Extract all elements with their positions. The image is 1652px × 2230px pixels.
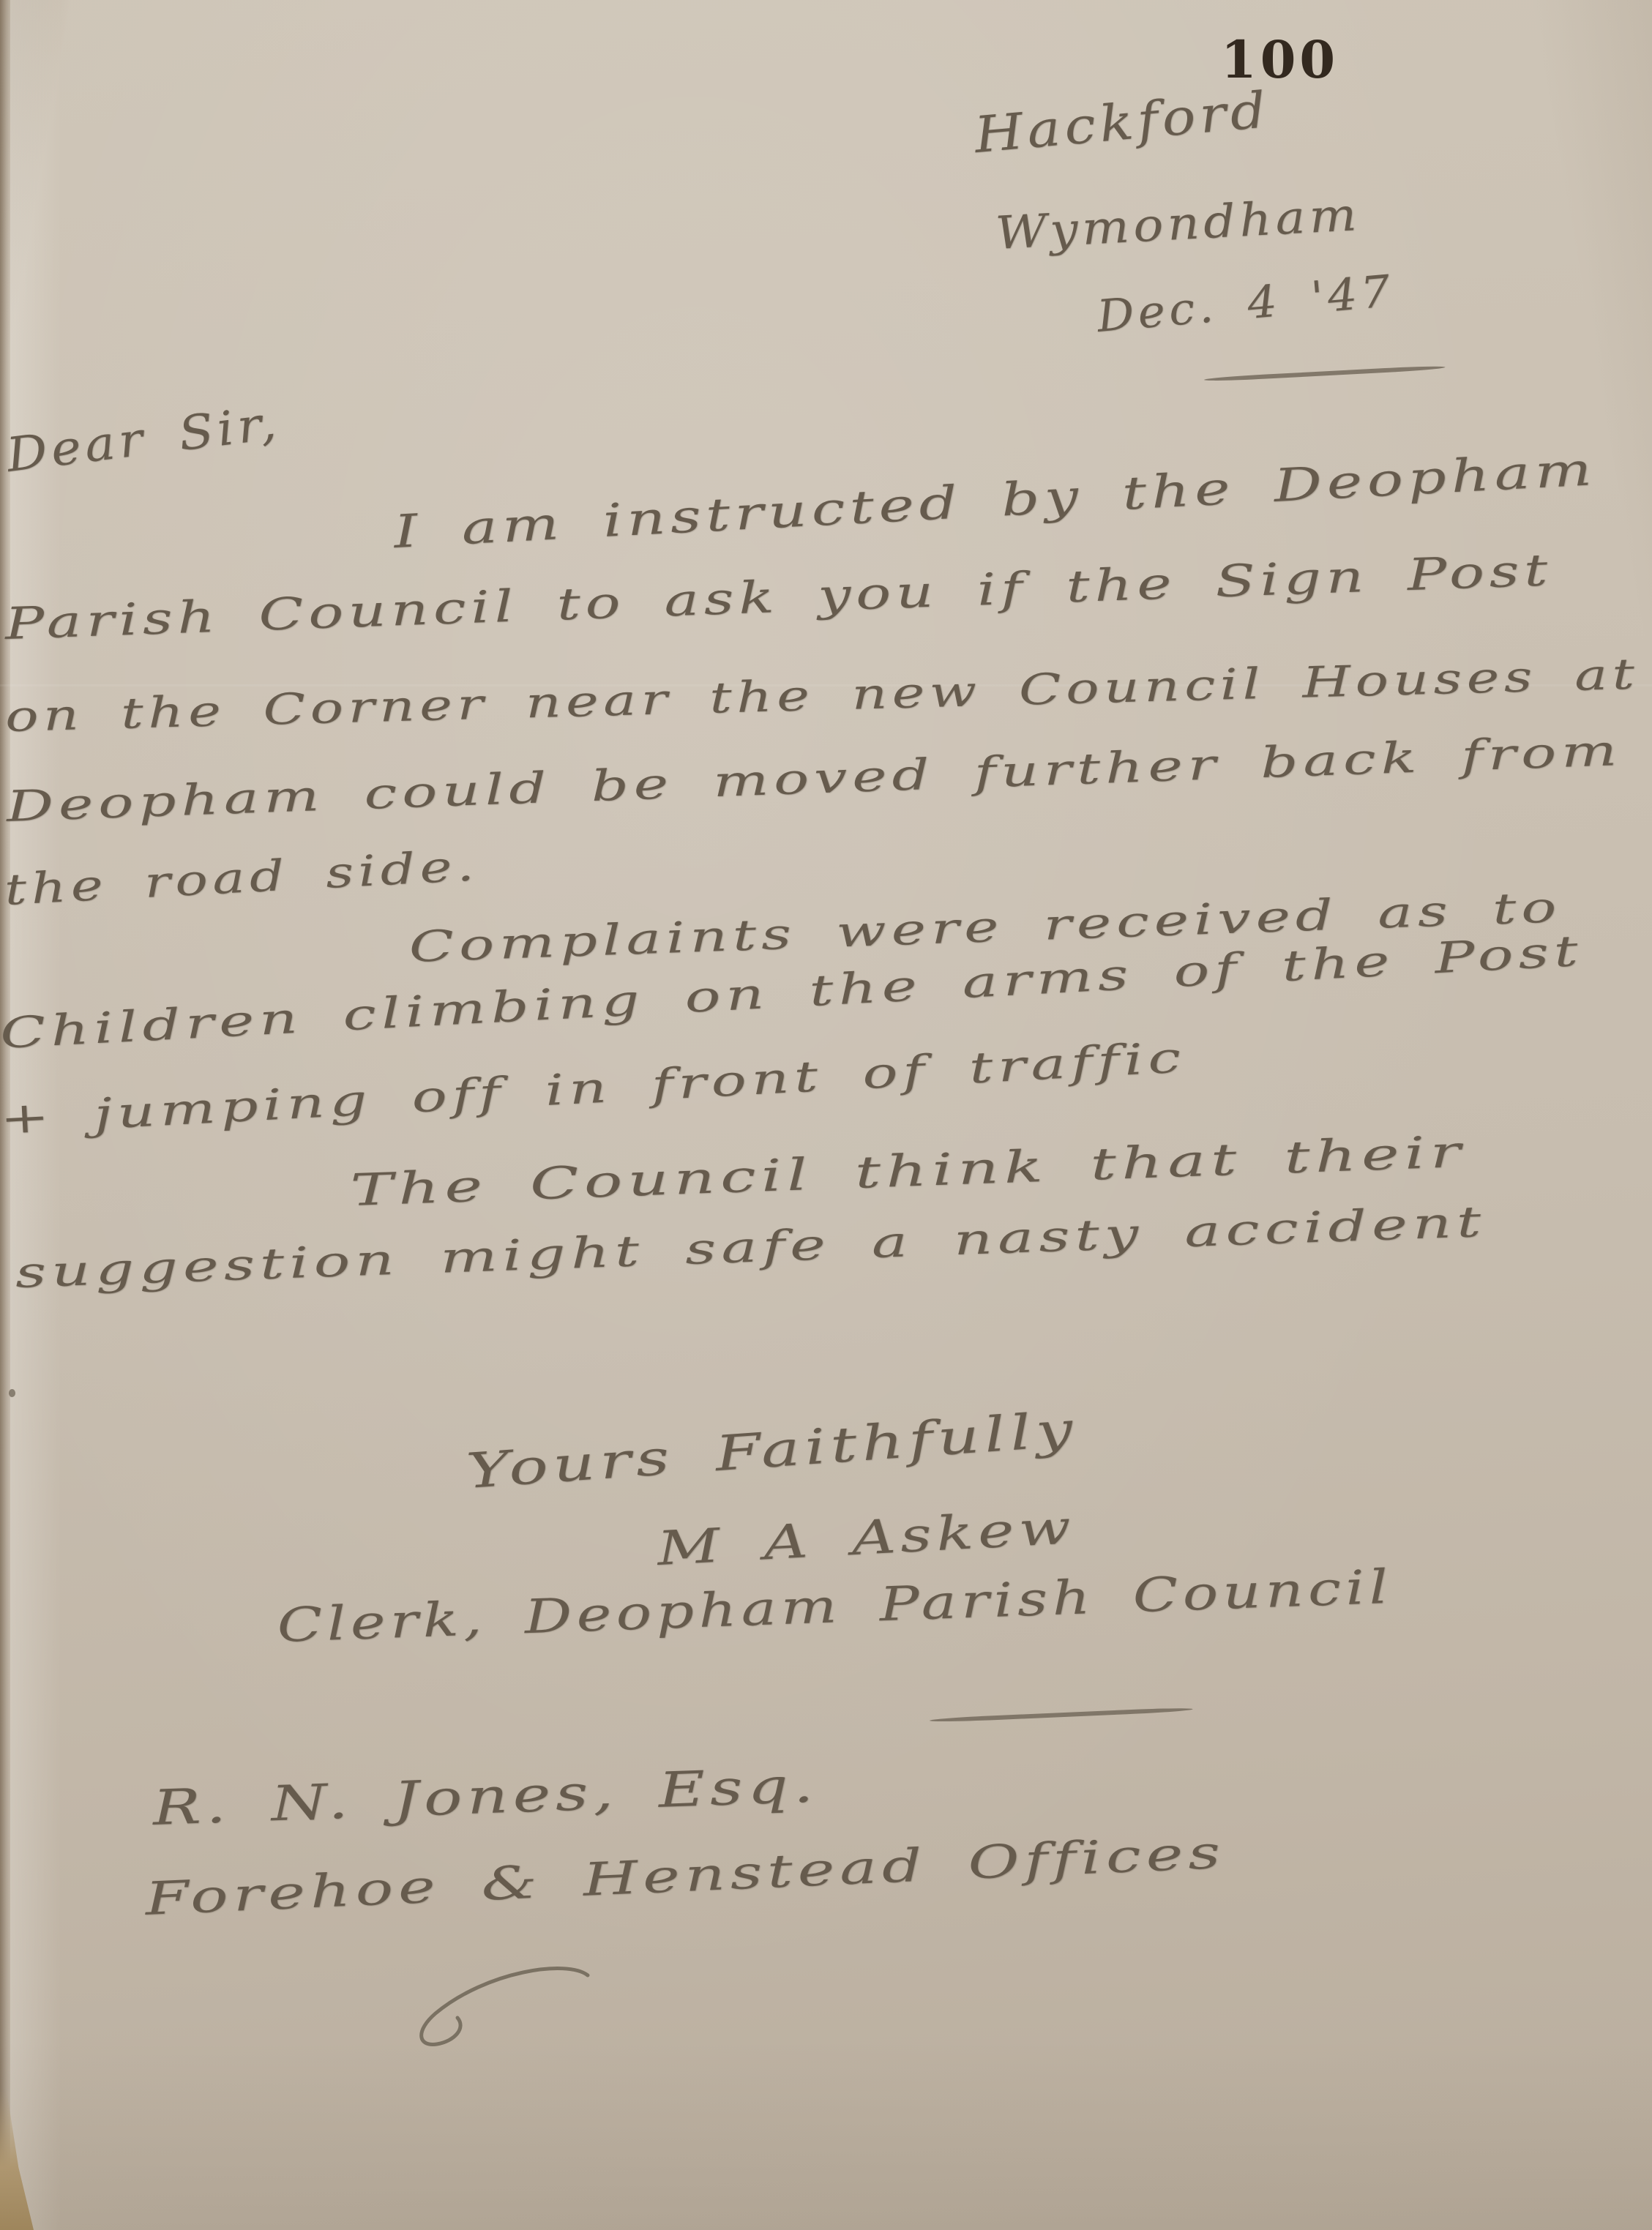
letter-date: Dec. 4 '47 [1095,266,1396,343]
signature-underline [930,1707,1193,1723]
signer-title: Clerk, Deopham Parish Council [276,1560,1393,1653]
letter-line: Deopham could be moved further back from [6,725,1623,831]
sender-location-line2: Wymondham [994,187,1361,260]
page-number: 100 [1221,29,1339,90]
flourish-underline [399,1950,604,2060]
date-underline [1204,365,1446,382]
signature: M A Askew [656,1500,1077,1576]
recipient-name: R. N. Jones, Esq. [152,1756,819,1836]
letter-line: Parish Council to ask you if the Sign Po… [4,545,1553,650]
letter-line: on the Corner near the new Council House… [4,649,1640,741]
stray-pencil-mark [9,1389,15,1397]
closing-valediction: Yours Faithfully [465,1401,1080,1500]
bottom-shading [0,2040,1652,2230]
letter-line: suggestion might safe a nasty accident [15,1197,1487,1298]
recipient-address: Forehoe & Henstead Offices [144,1825,1227,1926]
letter-page: 100 Hackford Wymondham Dec. 4 '47 Dear S… [0,0,1652,2230]
letter-line: the road side. [3,840,479,915]
sender-location-line1: Hackford [972,81,1272,165]
letter-line: I am instructed by the Deopham [392,442,1598,558]
